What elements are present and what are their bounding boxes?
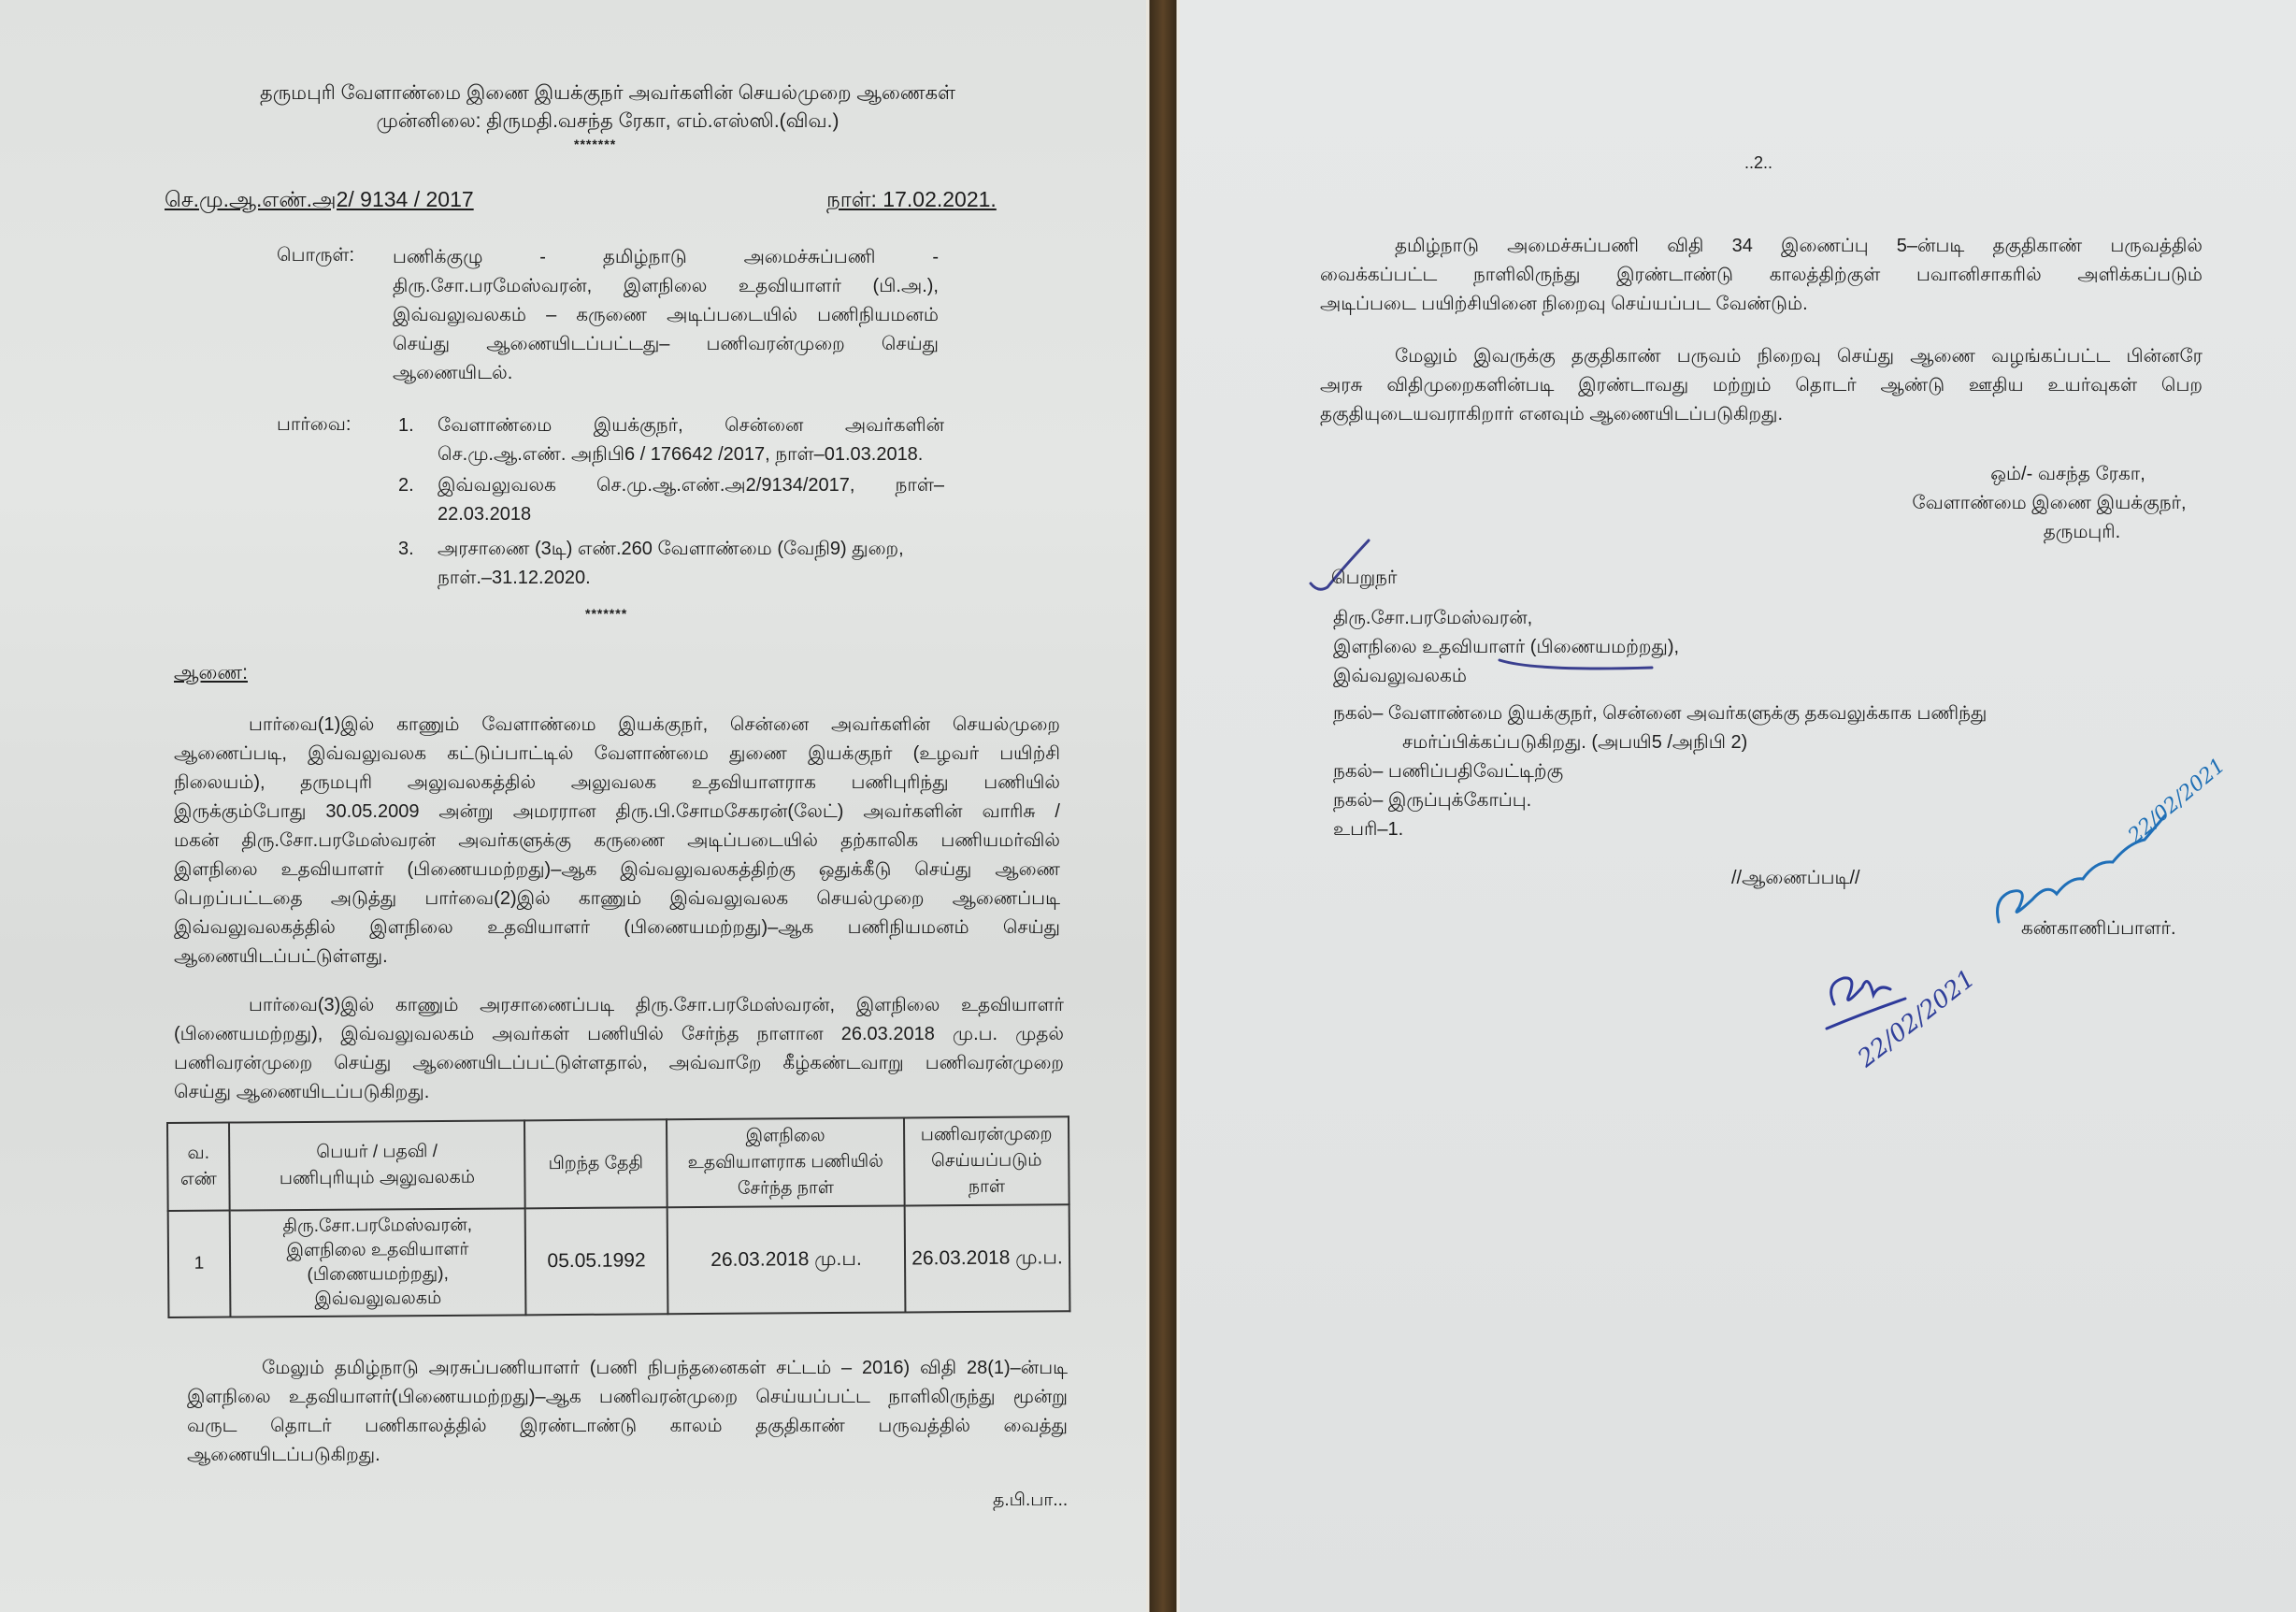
reference-number: செ.மு.ஆ.எண்.அ2/ 9134 / 2017 (165, 187, 474, 215)
superintendent-signature-icon (1991, 802, 2234, 933)
office-heading: தருமபுரி வேளாண்மை இணை இயக்குநர் அவர்களின… (215, 82, 1000, 107)
order-paragraph-2: பார்வை(3)இல் காணும் அரசாணைப்படி திரு.சோ.… (174, 991, 1064, 1107)
cell-dob: 05.05.1992 (525, 1207, 668, 1315)
header-serial: வ. எண் (167, 1123, 230, 1211)
order-page-2: ..2.. தமிழ்நாடு அமைச்சுப்பணி விதி 34 இணை… (1180, 0, 2296, 1612)
cell-name: திரு.சோ.பரமேஸ்வரன், இளநிலை உதவியாளர் (பி… (230, 1208, 526, 1317)
reference-item: 2. இவ்வலுவலக செ.மு.ஆ.எண்.அ2/9134/2017, ந… (398, 471, 944, 529)
separator-stars: ******* (585, 606, 627, 621)
subject-label: பொருள்: (277, 245, 354, 268)
table-row: 1 திரு.சோ.பரமேஸ்வரன், இளநிலை உதவியாளர் (… (168, 1204, 1070, 1317)
header-dob: பிறந்த தேதி (524, 1119, 667, 1208)
order-heading: ஆணை: (174, 662, 248, 686)
header-joined: இளநிலை உதவியாளராக பணியில் சேர்ந்த நாள் (667, 1117, 905, 1207)
cell-joined: 26.03.2018 மு.ப. (667, 1205, 906, 1314)
header-regularised: பணிவரன்முறை செய்யப்படும் நாள் (904, 1116, 1069, 1205)
by-order-text: //ஆணைப்படி// (1731, 864, 1860, 893)
page-gap-divider (1146, 0, 1180, 1612)
presence-line: முன்னிலை: திருமதி.வசந்த ரேகா, எம்.எஸ்ஸி.… (215, 110, 1000, 135)
order-paragraph-1: பார்வை(1)இல் காணும் வேளாண்மை இயக்குநர், … (174, 711, 1060, 972)
superintendent-title: கண்காணிப்பாளர். (2021, 914, 2176, 943)
page-number: ..2.. (1744, 153, 1772, 173)
recipient-label: பெறுநர் (1331, 564, 1397, 593)
subject-text: பணிக்குழு - தமிழ்நாடு அமைச்சுப்பணி - திர… (393, 243, 939, 388)
regularisation-table: வ. எண் பெயர் / பதவி / பணிபுரியும் அலுவலக… (166, 1115, 1070, 1318)
copy-to-list: நகல்– வேளாண்மை இயக்குநர், சென்னை அவர்களு… (1333, 699, 2062, 844)
separator-stars: ******* (574, 137, 616, 151)
table-header-row: வ. எண் பெயர் / பதவி / பணிபுரியும் அலுவலக… (167, 1116, 1069, 1211)
please-turn-over: த.பி.பா... (993, 1490, 1068, 1513)
references-list: 1. வேளாண்மை இயக்குநர், சென்னை அவர்களின் … (398, 411, 944, 593)
underline-stroke-icon (1498, 656, 1657, 675)
cell-regularised: 26.03.2018 மு.ப. (905, 1204, 1070, 1312)
recipient-address: திரு.சோ.பரமேஸ்வரன், இளநிலை உதவியாளர் (பி… (1333, 604, 1679, 691)
order-page-1: தருமபுரி வேளாண்மை இணை இயக்குநர் அவர்களின… (0, 0, 1146, 1612)
order-paragraph-3: மேலும் தமிழ்நாடு அரசுப்பணியாளர் (பணி நிப… (187, 1354, 1068, 1470)
references-label: பார்வை: (277, 414, 351, 438)
reference-item: 3. அரசாணை (3டி) எண்.260 வேளாண்மை (வேநி9)… (398, 535, 944, 593)
cell-serial: 1 (168, 1211, 231, 1317)
order-date: நாள்: 17.02.2021. (826, 187, 997, 215)
signature-block: ஒம்/- வசந்த ரேகா, வேளாண்மை இணை இயக்குநர்… (1872, 460, 2227, 547)
page2-paragraph-2: மேலும் இவருக்கு தகுதிகாண் பருவம் நிறைவு … (1320, 342, 2203, 429)
header-name: பெயர் / பதவி / பணிபுரியும் அலுவலகம் (229, 1120, 525, 1210)
page2-paragraph-1: தமிழ்நாடு அமைச்சுப்பணி விதி 34 இணைப்பு 5… (1320, 232, 2203, 319)
reference-item: 1. வேளாண்மை இயக்குநர், சென்னை அவர்களின் … (398, 411, 944, 469)
